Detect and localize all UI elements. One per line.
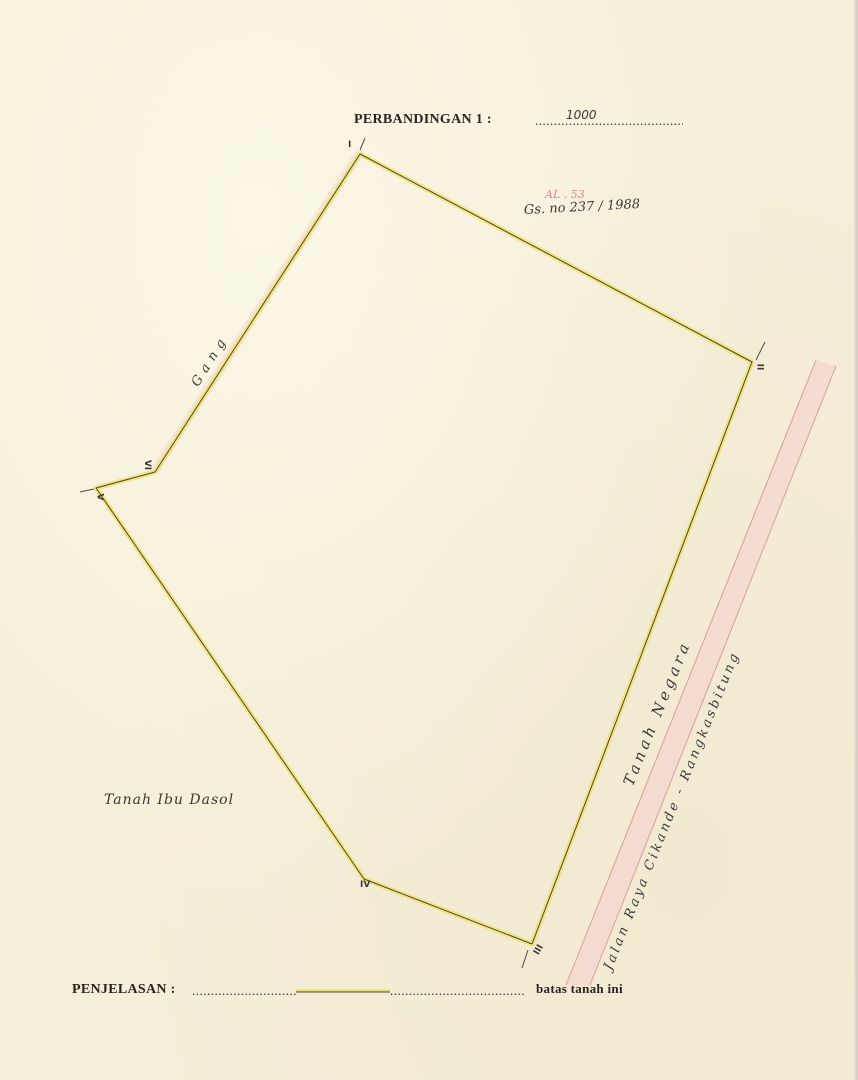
explanation-dots-right: ........................................… <box>390 983 526 999</box>
vertex-label-1: I <box>348 140 351 150</box>
vertex-label-6: VI <box>142 460 152 470</box>
vertex-label-4: IV <box>360 880 370 890</box>
explanation-suffix: batas tanah ini <box>536 981 623 997</box>
west-neighbor-label: Tanah Ibu Dasol <box>104 792 234 808</box>
scale-label: PERBANDINGAN 1 : <box>354 112 492 128</box>
vertex-label-2: II <box>754 364 764 371</box>
explanation-dots-left: ........................................… <box>192 983 296 999</box>
scale-value: 1000 <box>566 108 597 122</box>
explanation-label: PENJELASAN : <box>72 982 176 998</box>
parcel-map <box>0 0 858 1080</box>
record-number-red: AL . 53 <box>545 188 585 201</box>
scale-dotted-line: ........................................… <box>535 113 683 129</box>
vertex-label-5: V <box>94 494 104 501</box>
road-strip <box>566 360 836 985</box>
